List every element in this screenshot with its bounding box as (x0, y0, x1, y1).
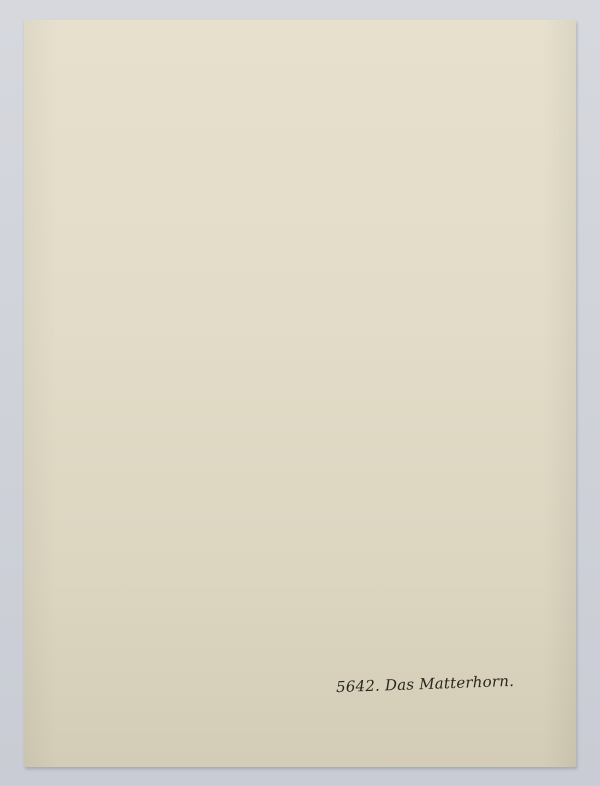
handwritten-inscription: 5642. Das Matterhorn. (336, 672, 515, 696)
paper-sheet: 5642. Das Matterhorn. (24, 20, 576, 767)
